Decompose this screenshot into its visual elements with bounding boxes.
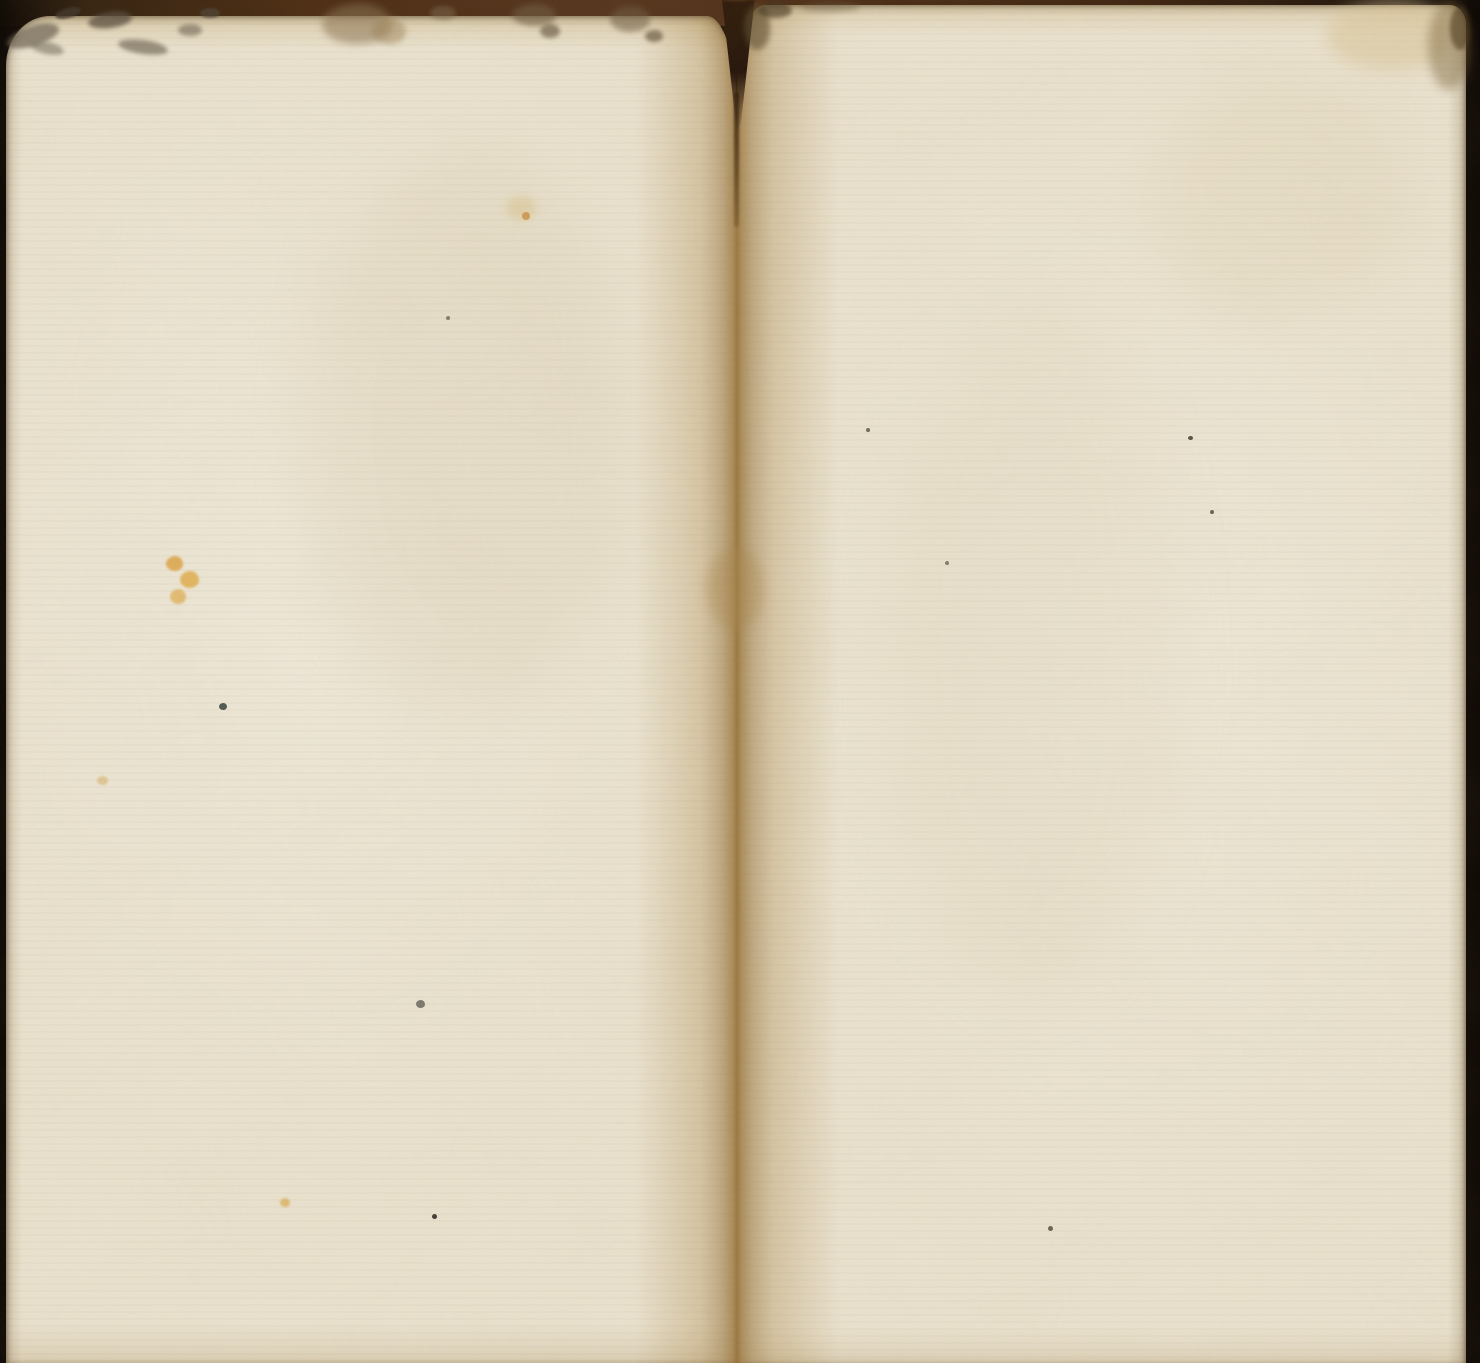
left-page [6,16,737,1363]
right-page [737,5,1466,1363]
book-scan [0,0,1480,1363]
gutter-crease-upper [734,92,739,227]
